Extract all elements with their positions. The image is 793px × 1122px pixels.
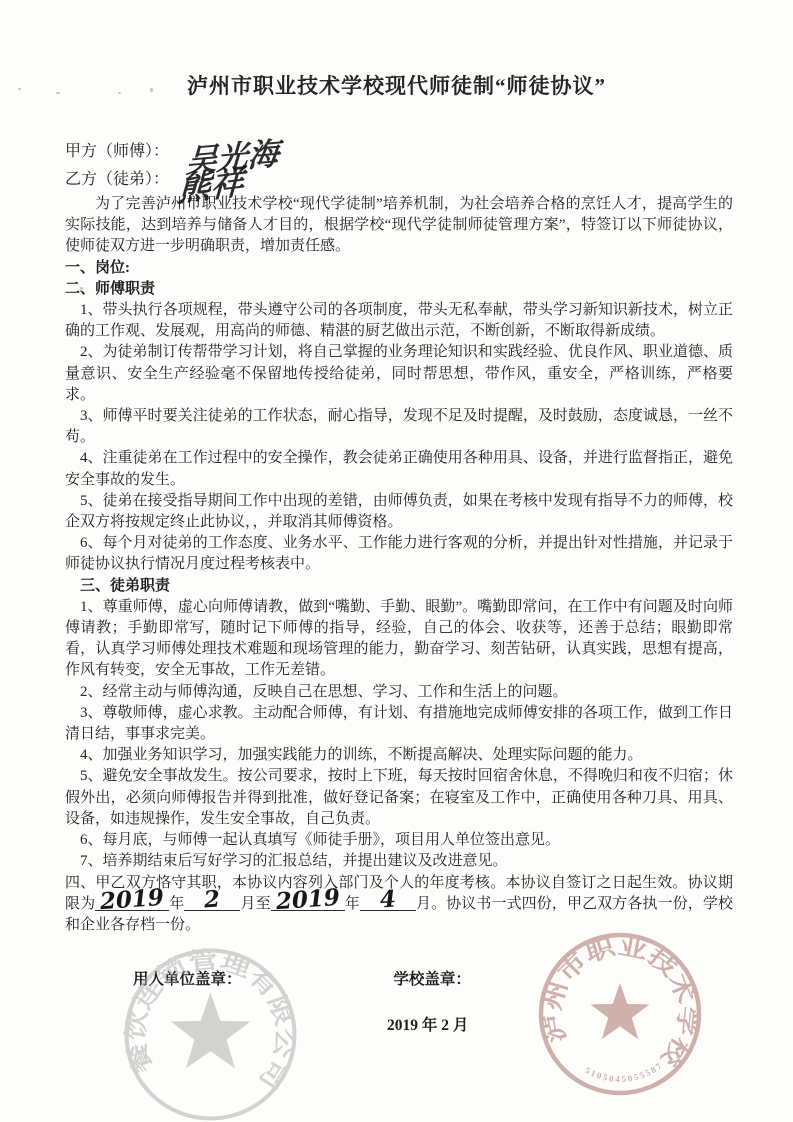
section-1-heading: 一、岗位:	[65, 258, 733, 279]
month-to-label: 月至	[240, 896, 270, 912]
scan-noise-speck	[150, 88, 153, 92]
seal-label-row: 用人单位盖章： 学校盖章：	[65, 967, 733, 989]
apprentice-duty-2: 2、经常主动与师傅沟通，反映自己在思想、学习、工作和生活上的问题。	[65, 682, 733, 703]
scan-noise-speck	[80, 287, 83, 290]
end-year-handwriting: 2019	[275, 892, 340, 906]
year2-label: 年	[345, 896, 360, 912]
apprentice-duty-5: 5、避免安全事故发生。按公司要求，按时上下班，每天按时回宿舍休息，不得晚归和夜不…	[65, 766, 733, 830]
master-duty-1: 1、带头执行各项规程，带头遵守公司的各项制度，带头无私奉献，带头学习新知识新技术…	[65, 300, 733, 342]
end-month-handwriting: 4	[379, 894, 396, 905]
master-duty-2: 2、为徒弟制订传帮带学习计划，将自己掌握的业务理论知识和实践经验、优良作风、职业…	[65, 342, 733, 406]
start-month-blank: 2	[184, 894, 240, 911]
end-year-blank: 2019	[271, 894, 345, 911]
intro-paragraph: 为了完善泸州市职业技术学校“现代学徒制”培养机制，为社会培养合格的烹饪人才，提高…	[65, 194, 733, 258]
apprentice-duty-4: 4、加强业务知识学习，加强实践能力的训练，不断提高解决、处理实际问题的能力。	[65, 745, 733, 766]
master-duty-6: 6、每个月对徒弟的工作态度、业务水平、工作能力进行客观的分析，并提出针对性措施，…	[65, 533, 733, 575]
scan-noise-speck	[18, 88, 21, 90]
master-duty-3: 3、师傅平时要关注徒弟的工作状态，耐心指导，发现不足及时提醒，及时鼓励，态度诚恳…	[65, 406, 733, 448]
apprentice-duty-3: 3、尊敬师傅，虚心求教。主动配合师傅，有计划、有措施地完成师傅安排的各项工作，做…	[65, 703, 733, 745]
master-duty-5: 5、徒弟在接受指导期间工作中出现的差错，由师傅负责，如果在考核中发现有指导不力的…	[65, 491, 733, 533]
party-a-label: 甲方（师傅）：	[65, 143, 169, 160]
scan-noise-speck	[118, 92, 121, 94]
school-seal-label: 学校盖章：	[393, 971, 471, 988]
master-duty-4: 4、注重徒弟在工作过程中的安全操作，教会徒弟正确使用各种用具、设备，并进行监督指…	[65, 448, 733, 490]
party-a-line: 甲方（师傅）：	[65, 138, 733, 166]
section-4-paragraph: 四、甲乙双方恪守其职，本协议内容列入部门及个人的年度考核。本协议自签订之日起生效…	[65, 873, 733, 937]
start-month-handwriting: 2	[204, 894, 221, 905]
year-label: 年	[169, 896, 184, 912]
section-2-heading: 二、师傅职责	[65, 279, 733, 300]
party-b-line: 乙方（徒弟）：	[65, 166, 733, 194]
end-month-blank: 4	[360, 894, 416, 911]
employer-seal-label: 用人单位盖章：	[133, 971, 242, 988]
start-year-blank: 2019	[95, 894, 169, 911]
party-b-label: 乙方（徒弟）：	[65, 171, 169, 188]
school-stamp-serial-number: 5105045055587	[583, 1060, 664, 1084]
apprentice-duty-6: 6、每月底，与师傅一起认真填写《师徒手册》，项目用人单位签出意见。	[65, 830, 733, 851]
apprentice-duty-7: 7、培养期结束后写好学习的汇报总结，并提出建议及改进意见。	[65, 851, 733, 872]
document-date: 2019 年 2 月	[387, 1013, 733, 1035]
document-body: 甲方（师傅）： 乙方（徒弟）： 为了完善泸州市职业技术学校“现代学徒制”培养机制…	[65, 138, 733, 1035]
apprentice-duty-1: 1、尊重师傅，虚心向师傅请教，做到“嘴勤、手勤、眼勤”。嘴勤即常问，在工作中有问…	[65, 597, 733, 682]
document-title: 泸州市职业技术学校现代师徒制“师徒协议”	[0, 70, 793, 100]
start-year-handwriting: 2019	[100, 892, 165, 906]
scanned-agreement-page: 泸州市职业技术学校现代师徒制“师徒协议” 甲方（师傅）： 乙方（徒弟）： 为了完…	[0, 0, 793, 1122]
section-3-heading: 三、徒弟职责	[65, 576, 733, 597]
scan-noise-speck	[56, 92, 60, 94]
